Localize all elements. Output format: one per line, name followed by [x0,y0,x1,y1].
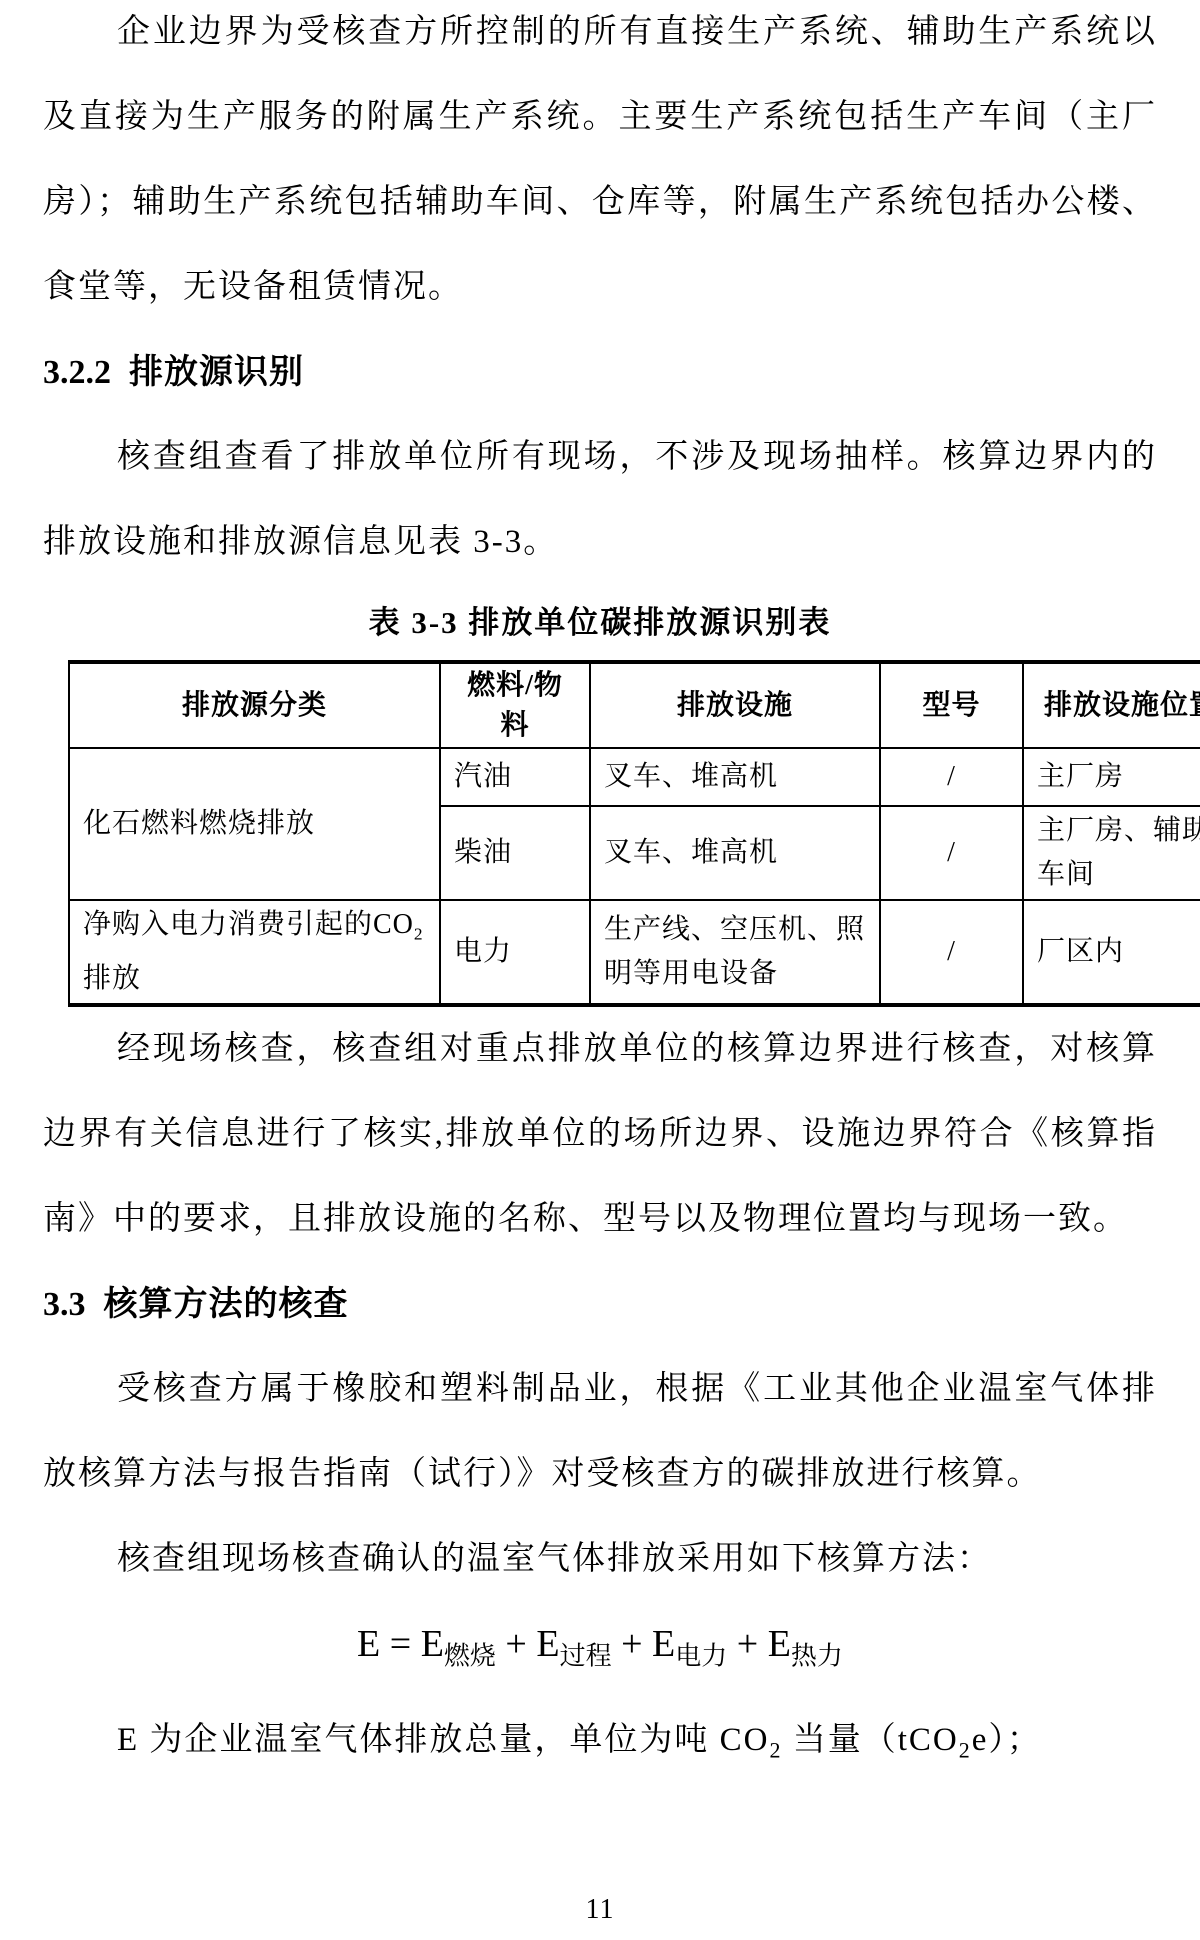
paragraph-boundary-check: 经现场核查，核查组对重点排放单位的核算边界进行核查，对核算边界有关信息进行了核实… [43,1007,1157,1262]
equation-term: E = E燃烧 [357,1623,496,1665]
col-header-fuel-material: 燃料/物料 [440,662,590,748]
col-header-facility: 排放设施 [590,662,880,748]
equation-term: + E热力 [727,1623,843,1665]
category-text: 排放 [83,963,141,994]
section-number: 3.3 [43,1286,86,1323]
cell-model: / [880,748,1023,806]
cell-model: / [880,806,1023,900]
col-header-source-category: 排放源分类 [69,662,440,748]
co2-subscript: 2 [770,1738,783,1763]
section-title: 核算方法的核查 [104,1286,349,1323]
table-row-electricity: 净购入电力消费引起的CO2排放 电力 生产线、空压机、照明等用电设备 / 厂区内 [69,900,1200,1005]
paragraph-site-review: 核查组查看了排放单位所有现场，不涉及现场抽样。核算边界内的排放设施和排放源信息见… [43,415,1157,585]
document-page: 企业边界为受核查方所控制的所有直接生产系统、辅助生产系统以及直接为生产服务的附属… [0,0,1200,1793]
cell-fuel: 汽油 [440,748,590,806]
co2-subscript: 2 [959,1738,972,1763]
cell-category-fossil-fuel: 化石燃料燃烧排放 [69,748,440,900]
page-number: 11 [0,1894,1200,1926]
category-text: 净购入电力消费引起的CO [83,909,414,940]
cell-location: 主厂房 [1023,748,1200,806]
equation-term: + E过程 [496,1623,612,1665]
section-title: 排放源识别 [129,354,304,391]
cell-category-electricity: 净购入电力消费引起的CO2排放 [69,900,440,1005]
cell-facility: 叉车、堆高机 [590,806,880,900]
paragraph-method-basis: 受核查方属于橡胶和塑料制品业，根据《工业其他企业温室气体排放核算方法与报告指南（… [43,1347,1157,1517]
cell-facility: 生产线、空压机、照明等用电设备 [590,900,880,1005]
cell-location: 主厂房、辅助车间 [1023,806,1200,900]
section-heading-3-2-2: 3.2.2排放源识别 [43,330,1157,415]
table-row-gasoline: 化石燃料燃烧排放 汽油 叉车、堆高机 / 主厂房 [69,748,1200,806]
emission-source-table: 排放源分类 燃料/物料 排放设施 型号 排放设施位置 化石燃料燃烧排放 汽油 叉… [68,660,1200,1007]
cell-fuel: 电力 [440,900,590,1005]
cell-fuel: 柴油 [440,806,590,900]
table-header-row: 排放源分类 燃料/物料 排放设施 型号 排放设施位置 [69,662,1200,748]
paragraph-enterprise-boundary: 企业边界为受核查方所控制的所有直接生产系统、辅助生产系统以及直接为生产服务的附属… [43,0,1157,330]
section-number: 3.2.2 [43,354,111,391]
emission-equation: E = E燃烧 + E过程 + E电力 + E热力 [43,1602,1157,1699]
col-header-model: 型号 [880,662,1023,748]
cell-model: / [880,900,1023,1005]
paragraph-method-intro: 核查组现场核查确认的温室气体排放采用如下核算方法： [43,1517,1157,1602]
section-heading-3-3: 3.3核算方法的核查 [43,1262,1157,1347]
col-header-location: 排放设施位置 [1023,662,1200,748]
paragraph-e-definition: E 为企业温室气体排放总量，单位为吨 CO2 当量（tCO2e）； [43,1698,1157,1793]
equation-term: + E电力 [612,1623,728,1665]
table-caption: 表 3-3 排放单位碳排放源识别表 [43,585,1157,660]
cell-location: 厂区内 [1023,900,1200,1005]
co2-subscript: 2 [414,925,424,944]
cell-facility: 叉车、堆高机 [590,748,880,806]
